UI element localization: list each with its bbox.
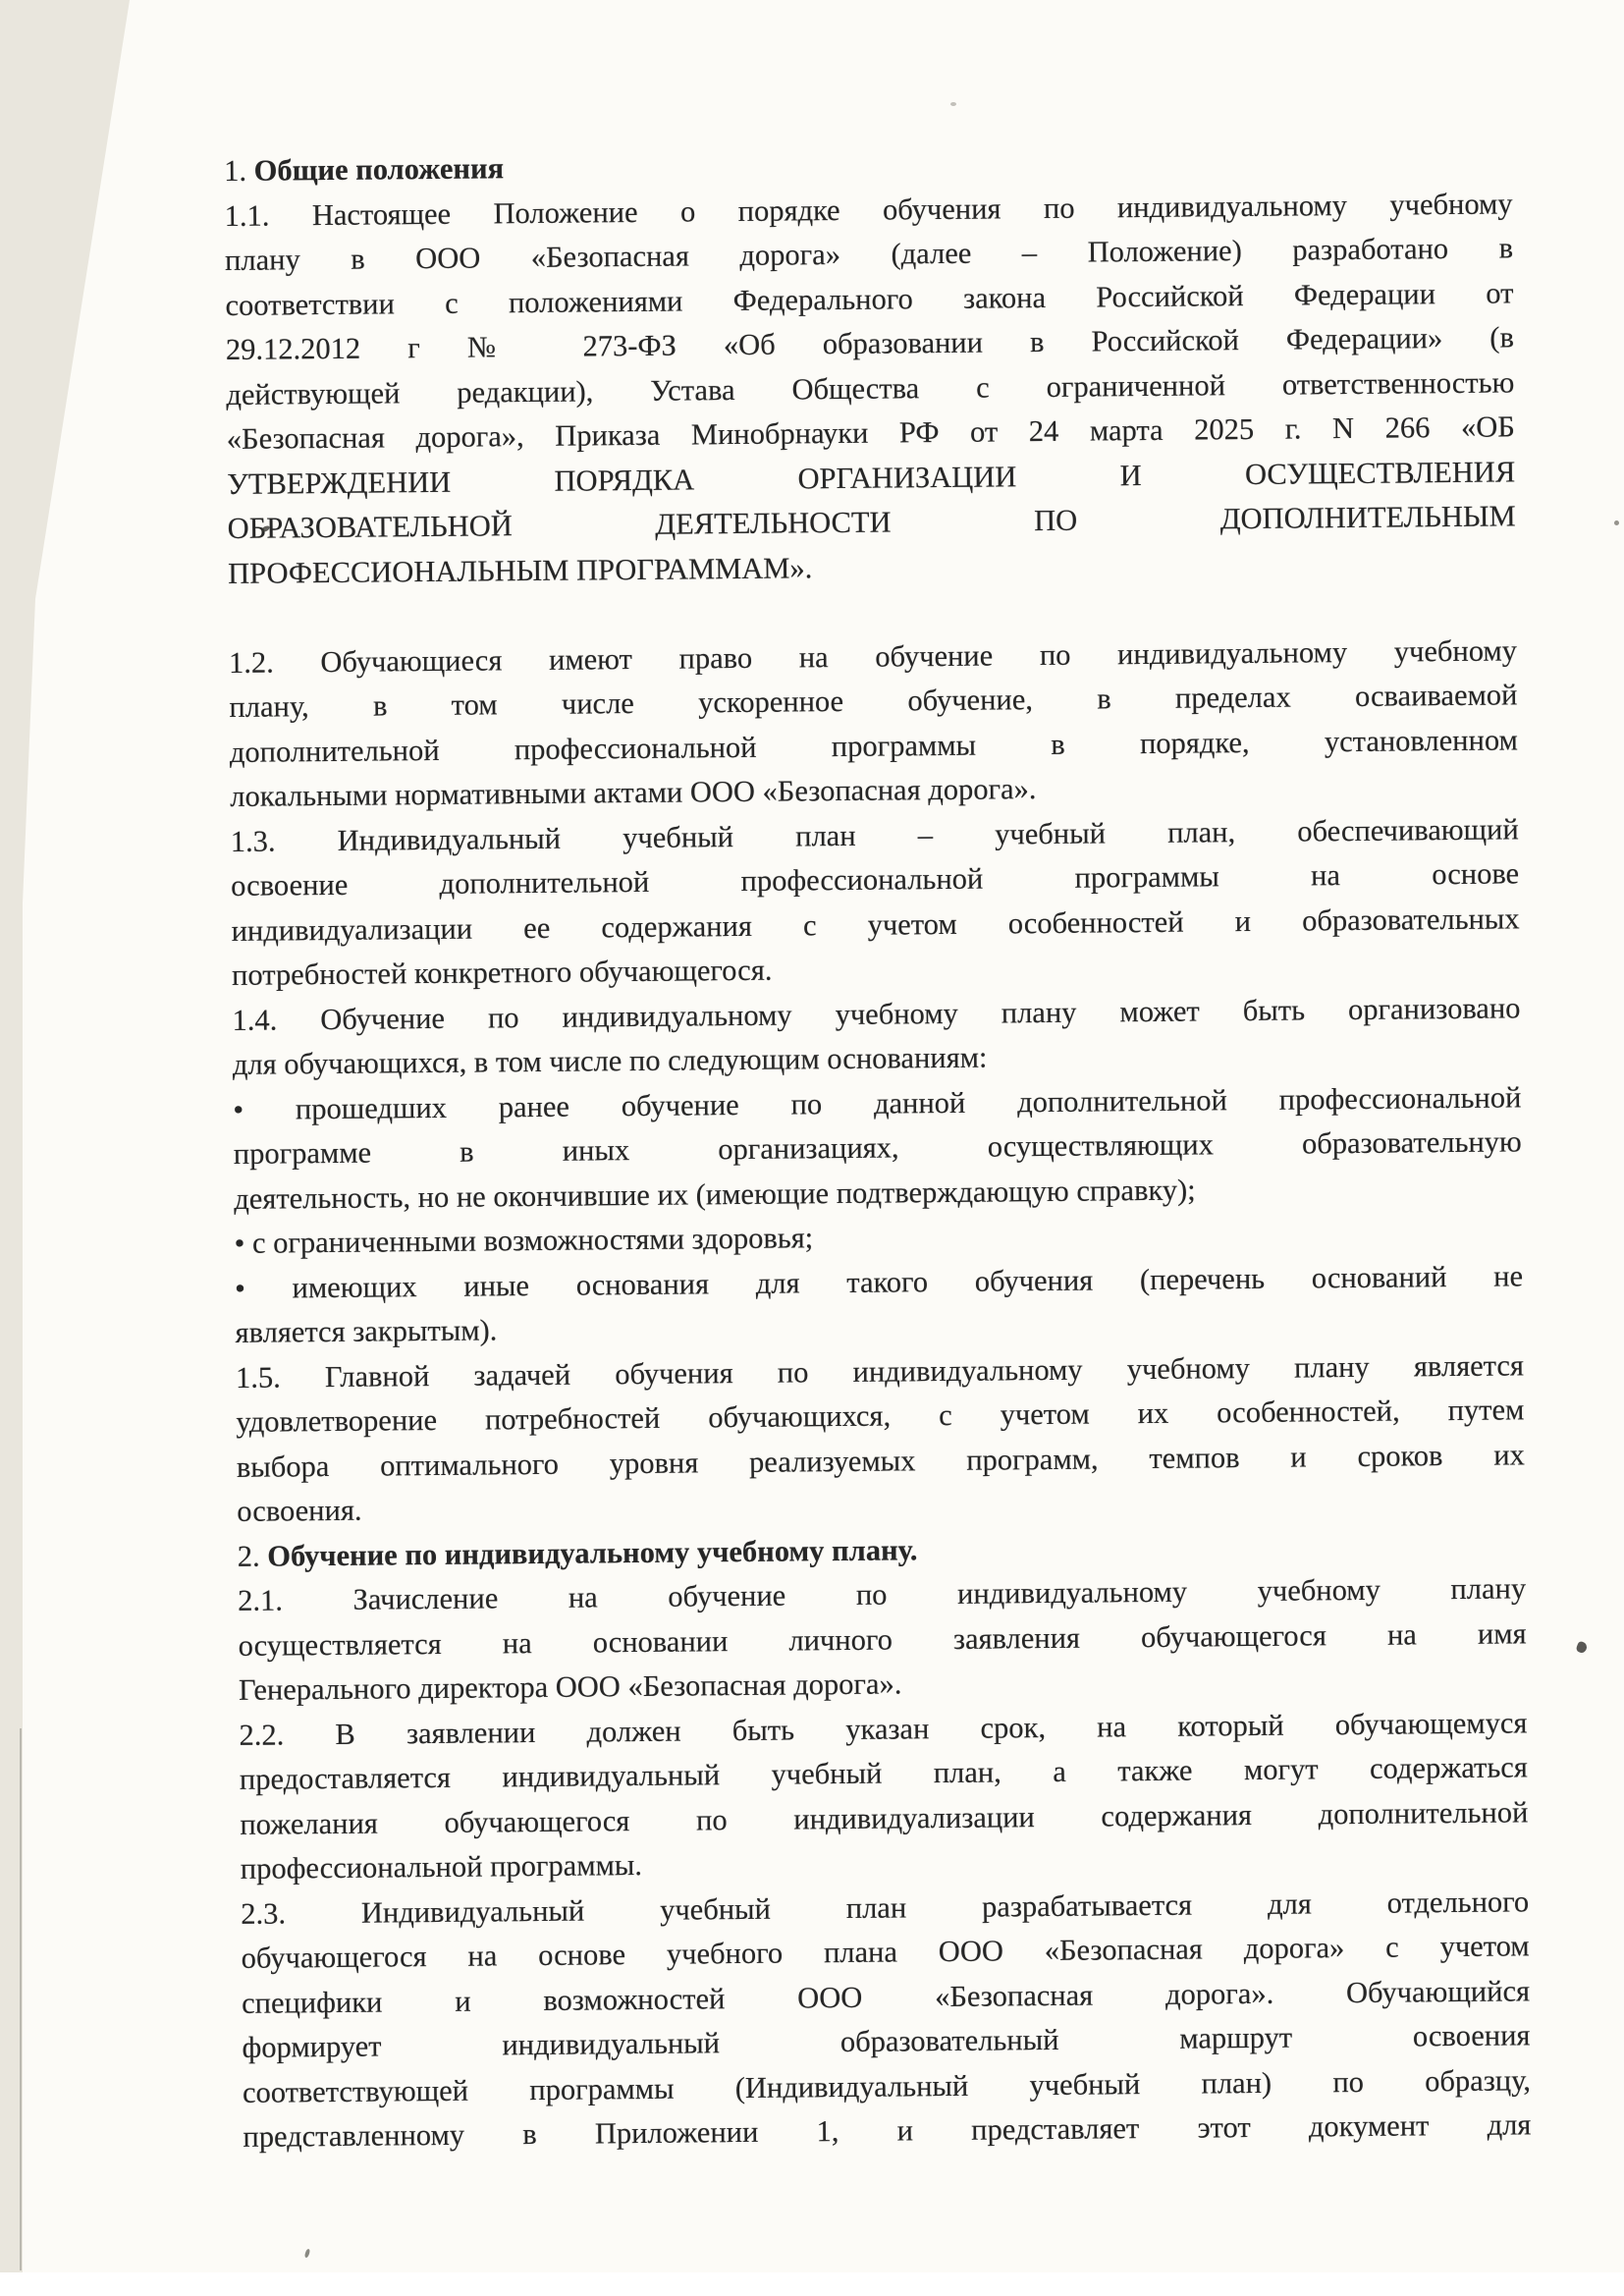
section-title: Обучение по индивидуальному учебному пла… <box>267 1533 917 1572</box>
paragraph: 1.5. Главной задачей обучения по индивид… <box>236 1343 1526 1535</box>
section-number: 2. <box>238 1539 268 1572</box>
section-number: 1. <box>224 154 254 188</box>
paragraph: 2.3. Индивидуальный учебный план разраба… <box>241 1880 1532 2160</box>
paragraph: 2.1. Зачисление на обучение по индивидуа… <box>238 1566 1527 1713</box>
paragraph: 1.4. Обучение по индивидуальному учебном… <box>232 986 1521 1088</box>
paragraph: 1.2. Обучающиеся имеют право на обучение… <box>229 629 1519 820</box>
paragraph: 1.3. Индивидуальный учебный план – учебн… <box>231 807 1521 999</box>
scanned-page: 1. Общие положения1.1. Настоящее Положен… <box>0 0 1624 2296</box>
paragraph: 2.2. В заявлении должен быть указан срок… <box>239 1701 1529 1892</box>
ink-speck <box>1575 1641 1588 1655</box>
paragraph: 1.1. Настоящее Положение о порядке обуче… <box>224 182 1516 596</box>
scan-bottom-strip <box>0 2272 1624 2296</box>
paragraph: • имеющих иные основания для такого обуч… <box>235 1254 1524 1356</box>
paragraph: • прошедших ранее обучение по данной доп… <box>233 1075 1522 1222</box>
document-text: 1. Общие положения1.1. Настоящее Положен… <box>224 137 1532 2159</box>
ink-speck <box>304 2249 311 2259</box>
paper-edge-shadow <box>20 1728 22 2270</box>
ink-speck <box>950 102 956 106</box>
ink-speck <box>1614 520 1619 525</box>
section-title: Общие положения <box>254 151 505 187</box>
